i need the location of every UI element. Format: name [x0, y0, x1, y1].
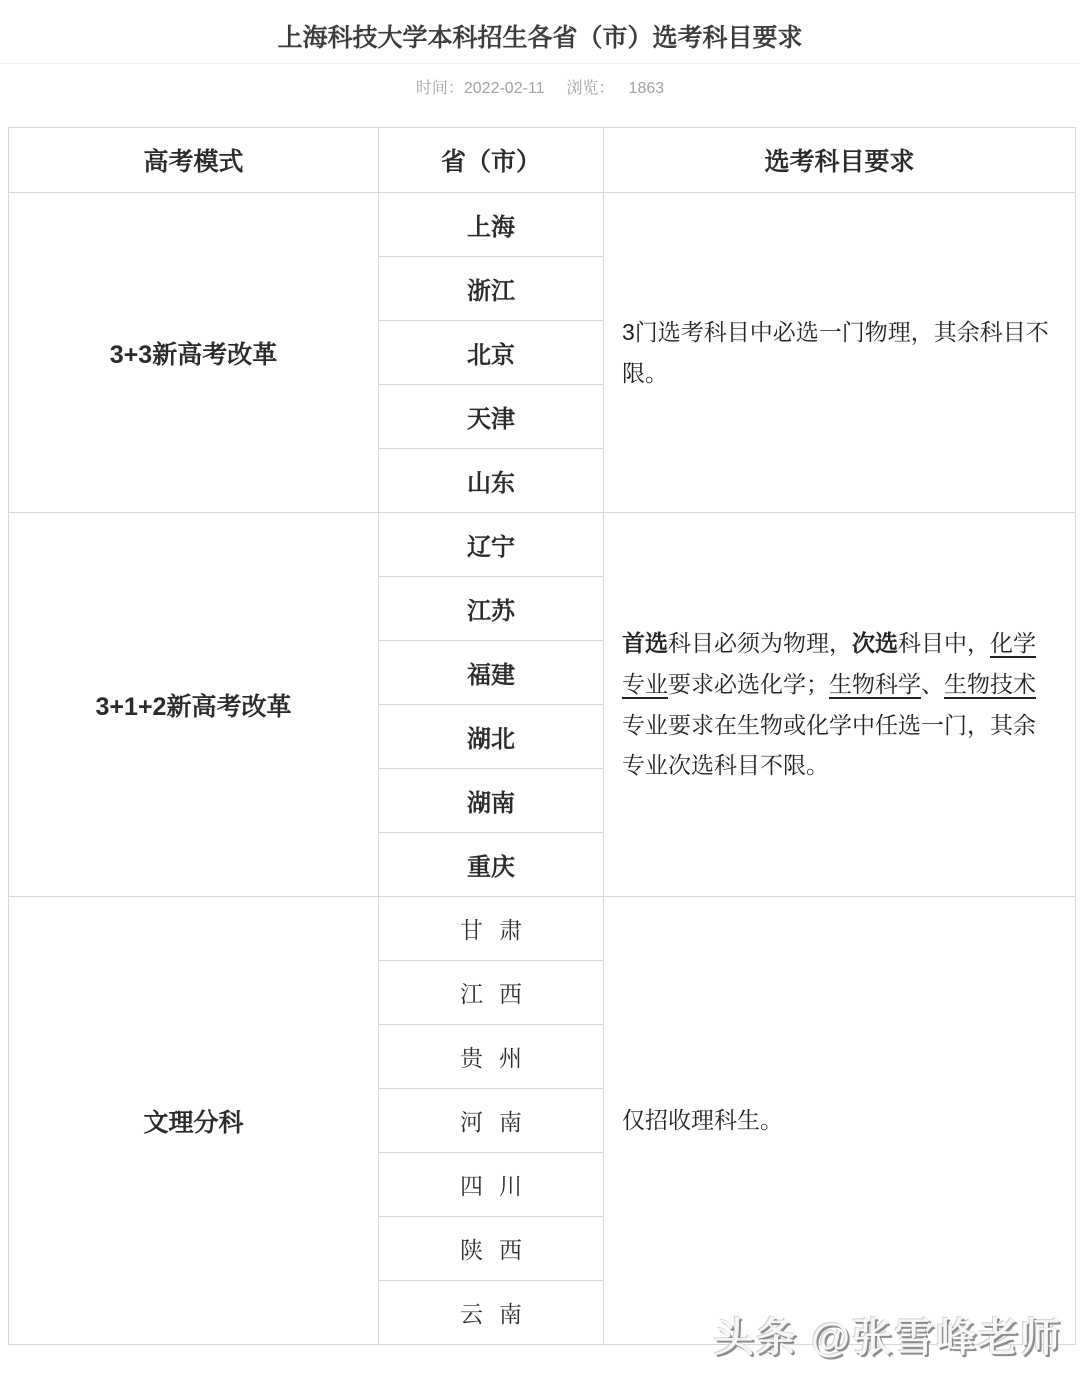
requirement-cell: 仅招收理科生。: [604, 897, 1076, 1345]
mode-cell: 3+1+2新高考改革: [9, 513, 379, 897]
province-cell: 天津: [379, 385, 604, 449]
requirements-table-wrapper: 高考模式 省（市） 选考科目要求 3+3新高考改革上海3门选考科目中必选一门物理…: [8, 127, 1075, 1345]
requirement-segment: 科目中，: [898, 630, 990, 656]
meta-views-value: 1863: [629, 80, 665, 97]
province-cell: 湖北: [379, 705, 604, 769]
province-cell: 云南: [379, 1281, 604, 1345]
requirement-segment: 次选: [852, 630, 898, 656]
requirement-segment: 要求必选化学；: [668, 671, 829, 697]
requirement-cell: 首选科目必须为物理，次选科目中，化学专业要求必选化学；生物科学、生物技术专业要求…: [604, 513, 1076, 897]
requirement-segment: 专业要求在生物或化学中任选一门，其余专业次选科目不限。: [622, 712, 1036, 779]
province-cell: 福建: [379, 641, 604, 705]
province-cell: 贵州: [379, 1025, 604, 1089]
requirement-segment: 生物技术: [944, 671, 1036, 697]
province-cell: 浙江: [379, 257, 604, 321]
meta-views-label: 浏览：: [567, 80, 615, 97]
title-divider: [0, 63, 1080, 64]
requirement-segment: 科目必须为物理，: [668, 630, 852, 656]
province-cell: 湖南: [379, 769, 604, 833]
province-cell: 辽宁: [379, 513, 604, 577]
province-cell: 河南: [379, 1089, 604, 1153]
requirement-segment: 、: [921, 671, 944, 697]
province-cell: 北京: [379, 321, 604, 385]
requirements-table: 高考模式 省（市） 选考科目要求 3+3新高考改革上海3门选考科目中必选一门物理…: [8, 127, 1076, 1345]
table-header-row: 高考模式 省（市） 选考科目要求: [9, 128, 1076, 193]
col-header-requirement: 选考科目要求: [604, 128, 1076, 193]
province-cell: 四川: [379, 1153, 604, 1217]
requirement-cell: 3门选考科目中必选一门物理，其余科目不限。: [604, 193, 1076, 513]
mode-cell: 文理分科: [9, 897, 379, 1345]
table-row: 文理分科甘肃仅招收理科生。: [9, 897, 1076, 961]
province-cell: 上海: [379, 193, 604, 257]
table-row: 3+1+2新高考改革辽宁首选科目必须为物理，次选科目中，化学专业要求必选化学；生…: [9, 513, 1076, 577]
province-cell: 江西: [379, 961, 604, 1025]
meta-time-label: 时间：: [416, 80, 464, 97]
province-cell: 陕西: [379, 1217, 604, 1281]
table-row: 3+3新高考改革上海3门选考科目中必选一门物理，其余科目不限。: [9, 193, 1076, 257]
meta-time-value: 2022-02-11: [464, 80, 545, 97]
province-cell: 江苏: [379, 577, 604, 641]
requirement-segment: 3门选考科目中必选一门物理，其余科目不限。: [622, 319, 1049, 386]
article-meta: 时间：2022-02-11浏览：1863: [0, 78, 1080, 100]
col-header-mode: 高考模式: [9, 128, 379, 193]
province-cell: 甘肃: [379, 897, 604, 961]
requirement-segment: 仅招收理科生。: [622, 1107, 783, 1133]
requirement-segment: 生物科学: [829, 671, 921, 697]
col-header-province: 省（市）: [379, 128, 604, 193]
province-cell: 重庆: [379, 833, 604, 897]
province-cell: 山东: [379, 449, 604, 513]
mode-cell: 3+3新高考改革: [9, 193, 379, 513]
requirement-segment: 首选: [622, 630, 668, 656]
page-title: 上海科技大学本科招生各省（市）选考科目要求: [0, 0, 1080, 54]
watermark: 头条 @张雪峰老师: [714, 1306, 1062, 1363]
